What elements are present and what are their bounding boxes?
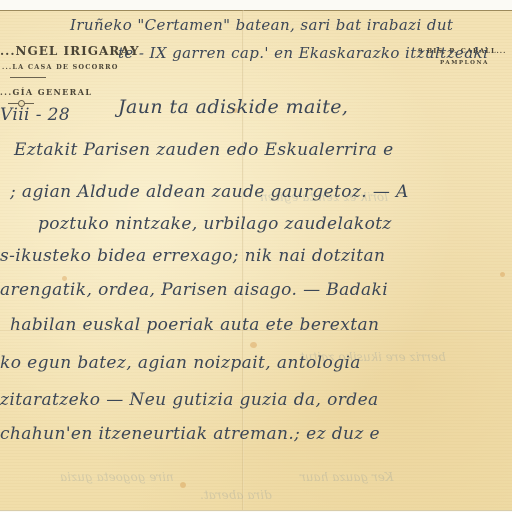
body-line: habilan euskal poeriak auta ete berextan: [10, 315, 379, 335]
foxing-stain: [180, 482, 186, 488]
letter-date: Viii - 28: [0, 105, 70, 125]
body-line: ko egun batez, agian noizpait, antologia: [0, 353, 361, 373]
bleed-through-text: nire gogoeta guzia: [60, 470, 174, 484]
foxing-stain: [500, 272, 505, 277]
body-line: zitaratzeko — Neu gutizia guzia da, orde…: [0, 390, 379, 410]
bleed-through-text: Ker gauza haur: [300, 470, 394, 484]
header-note-line-1: Iruñeko "Certamen" batean, sari bat irab…: [70, 16, 453, 34]
body-line: arengatik, ordea, Parisen aisago. — Bada…: [0, 280, 388, 300]
scanned-letter: lorik ez zen ta egiten berriz ere ikusik…: [0, 0, 512, 512]
body-line: chahun'en itzeneurtiak atreman.; ez duz …: [0, 424, 380, 444]
letterhead-subtitle: ...LA CASA DE SOCORRO: [2, 63, 119, 71]
letterhead-ornament-icon: [8, 103, 34, 104]
body-line: s-ikusteko bidea errexago; nik nai dotzi…: [0, 246, 385, 266]
bleed-through-text: dira aberat.: [200, 488, 272, 502]
letterhead-specialty: ...GÍA GENERAL: [0, 87, 92, 97]
body-line: ; agian Aldude aldean zaude gaurgetoz. —…: [10, 182, 409, 202]
salutation: Jaun ta adiskide maite,: [118, 96, 348, 118]
body-line: poztuko nintzake, urbilago zaudelakotz: [38, 214, 392, 234]
body-line: Eztakit Parisen zauden edo Eskualerrira …: [14, 140, 394, 160]
header-note-line-2: te - IX garren cap.' en Ekaskarazko itzu…: [118, 44, 488, 62]
letterhead-divider: [10, 77, 46, 78]
foxing-stain: [250, 342, 257, 348]
